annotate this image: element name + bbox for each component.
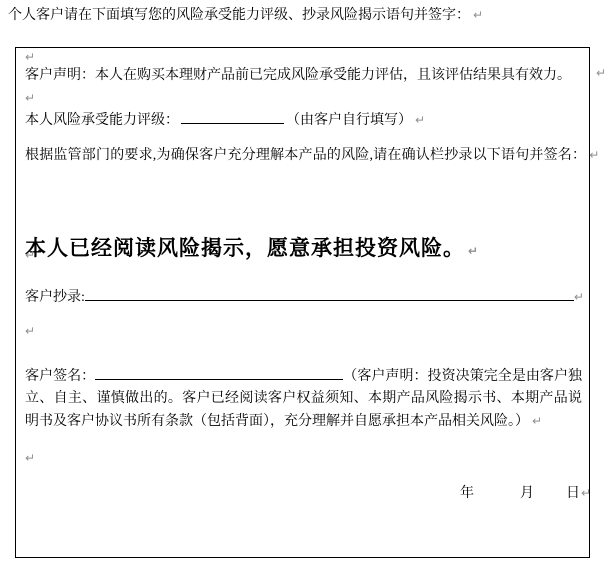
risk-statement: 本人已经阅读风险揭示，愿意承担投资风险。↵	[25, 236, 479, 263]
empty-line: ↵	[25, 451, 35, 467]
risk-statement-text: 本人已经阅读风险揭示，愿意承担投资风险。	[25, 236, 465, 260]
paragraph-mark-icon: ↵	[25, 324, 35, 338]
empty-line: ↵	[25, 50, 35, 66]
transcribe-label: 客户抄录:	[25, 290, 85, 305]
paragraph-mark-icon: ↵	[415, 113, 425, 127]
paragraph-mark-icon: ↵	[25, 91, 35, 105]
date-line: 年月日↵	[25, 485, 581, 502]
customer-declaration-text: 客户声明：本人在购买本理财产品前已完成风险承受能力评估，且该评估结果具有效力。	[25, 68, 571, 83]
rating-fill-field[interactable]	[181, 109, 284, 124]
paragraph-mark-icon: ↵	[581, 486, 591, 500]
paragraph-mark-icon: ↵	[468, 244, 479, 258]
signature-line: 客户签名：（客户声明：投资决策完全是由客户独立、自主、谨慎做出的。客户已经阅读客…	[25, 365, 582, 433]
day-label: 日	[566, 486, 580, 501]
rating-note: （由客户自行填写）	[286, 113, 412, 128]
empty-line: ↵	[25, 91, 35, 107]
rating-line: 本人风险承受能力评级：（由客户自行填写）↵	[25, 109, 425, 129]
month-label: 月	[520, 486, 534, 501]
paragraph-mark-icon: ↵	[574, 290, 584, 304]
document-page: { "marks": { "pilcrow": "↵" }, "colors":…	[0, 0, 606, 572]
paragraph-mark-icon: ↵	[25, 50, 35, 64]
customer-declaration: 客户声明：本人在购买本理财产品前已完成风险承受能力评估，且该评估结果具有效力。	[25, 67, 571, 84]
paragraph-mark-icon: ↵	[589, 148, 599, 162]
paragraph-mark-icon: ↵	[25, 451, 35, 465]
regulator-instruction: 根据监管部门的要求,为确保客户充分理解本产品的风险,请在确认栏抄录以下语句并签名…	[25, 147, 599, 164]
transcribe-fill-field[interactable]	[85, 286, 574, 301]
paragraph-mark-icon: ↵	[596, 66, 606, 80]
form-box: ↵ 客户声明：本人在购买本理财产品前已完成风险承受能力评估，且该评估结果具有效力…	[15, 47, 590, 558]
rating-label: 本人风险承受能力评级：	[25, 113, 179, 128]
intro-instruction-text: 个人客户请在下面填写您的风险承受能力评级、抄录风险揭示语句并签字：	[8, 8, 470, 23]
empty-line: ↵	[25, 324, 35, 340]
regulator-instruction-text: 根据监管部门的要求,为确保客户充分理解本产品的风险,请在确认栏抄录以下语句并签名…	[25, 148, 586, 163]
paragraph-mark-icon: ↵	[25, 248, 35, 262]
intro-instruction: 个人客户请在下面填写您的风险承受能力评级、抄录风险揭示语句并签字：↵	[8, 6, 483, 25]
empty-line: ↵	[25, 248, 35, 264]
paragraph-mark-icon: ↵	[532, 414, 542, 428]
transcribe-line: 客户抄录:↵	[25, 286, 584, 306]
signature-label: 客户签名：	[25, 369, 95, 384]
signature-fill-field[interactable]	[95, 365, 343, 380]
paragraph-mark-icon: ↵	[473, 8, 483, 22]
year-label: 年	[460, 486, 474, 501]
